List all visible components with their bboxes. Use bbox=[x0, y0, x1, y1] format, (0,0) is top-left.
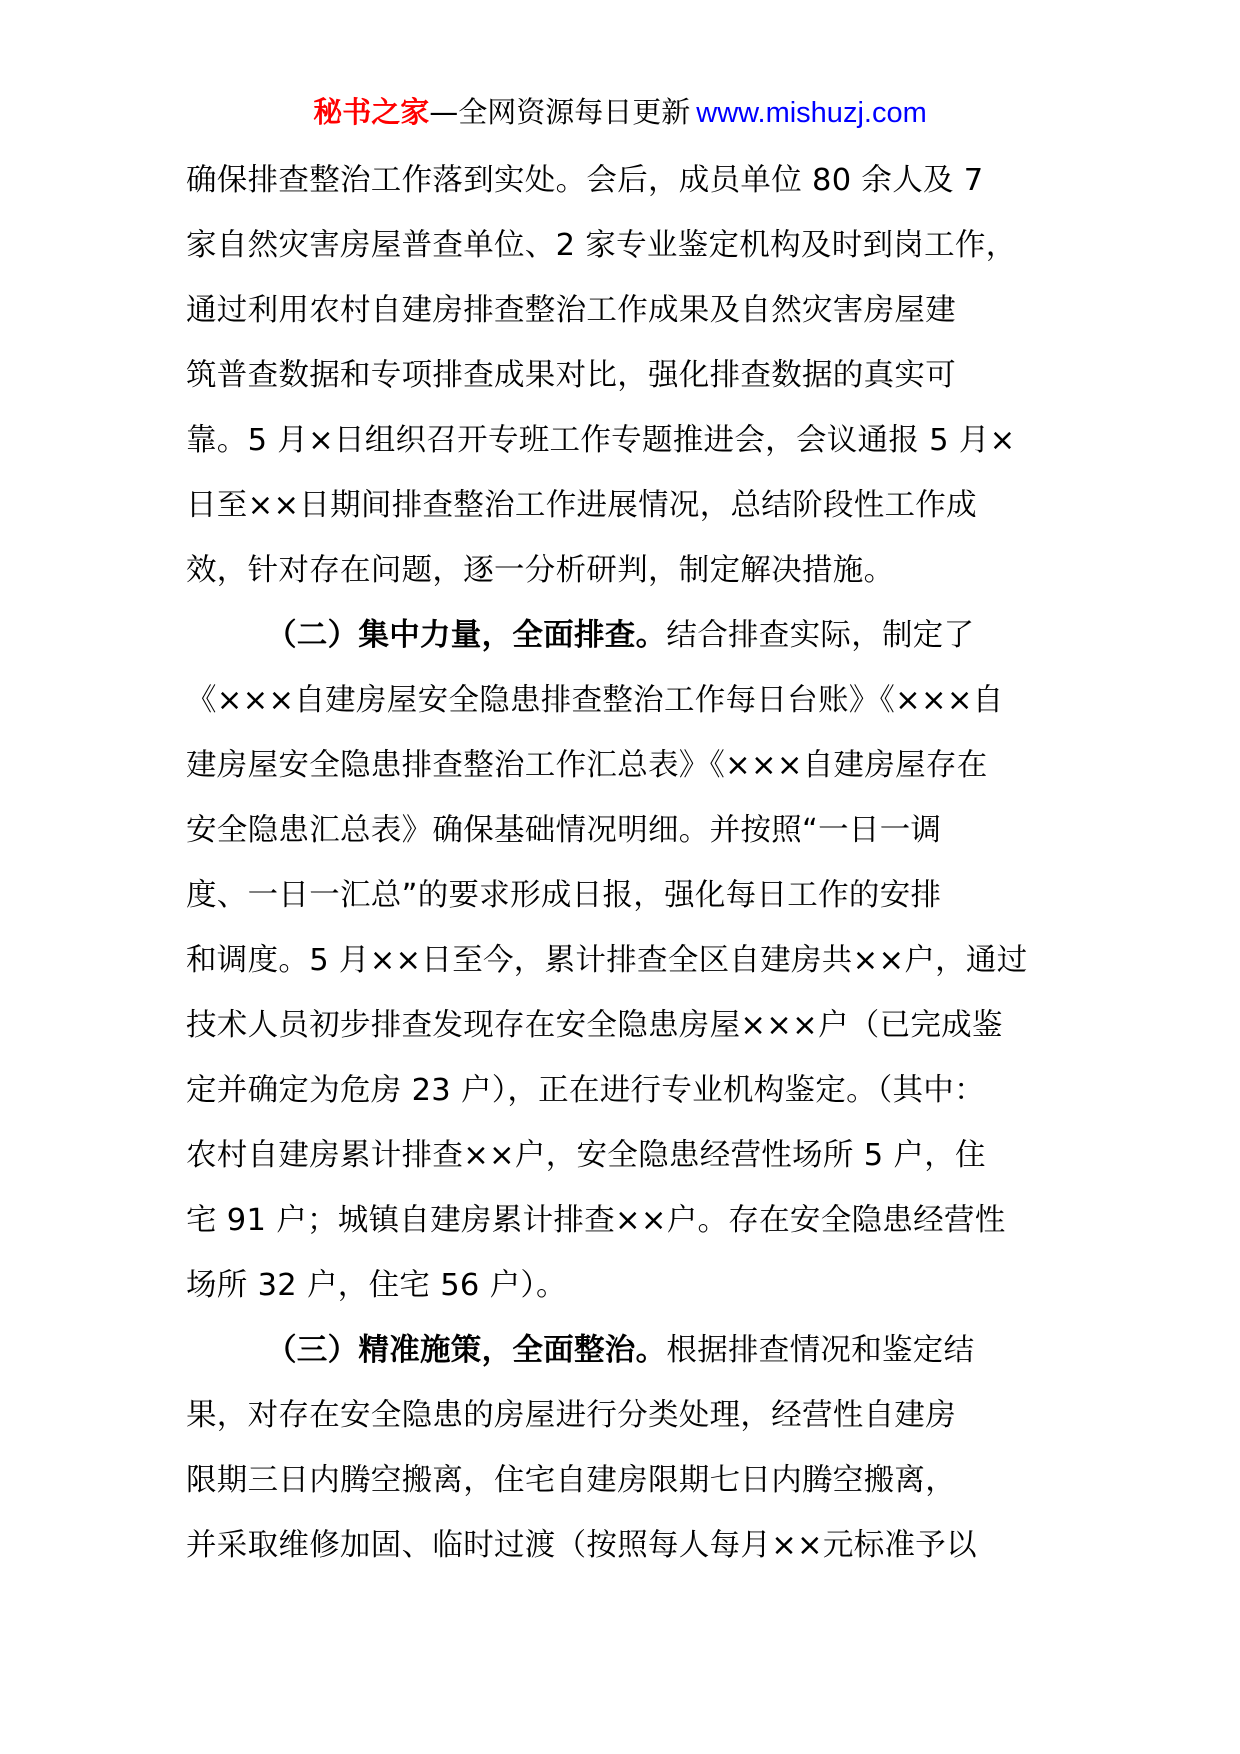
text-line: 靠。5 月×日组织召开专班工作专题推进会，会议通报 5 月× bbox=[186, 408, 1066, 473]
document-page: 秘书之家—全网资源每日更新www.mishuzj.com 确保排查整治工作落到实… bbox=[0, 0, 1240, 1754]
brand-name: 秘书之家 bbox=[313, 95, 429, 129]
text-line: 技术人员初步排查发现存在安全隐患房屋×××户（已完成鉴 bbox=[186, 993, 1066, 1058]
text-line: 效，针对存在问题，逐一分析研判，制定解决措施。 bbox=[186, 538, 1066, 603]
text-line: 宅 91 户；城镇自建房累计排查××户。存在安全隐患经营性 bbox=[186, 1188, 1066, 1253]
text-line: 通过利用农村自建房排查整治工作成果及自然灾害房屋建 bbox=[186, 278, 1066, 343]
text-line: 安全隐患汇总表》确保基础情况明细。并按照“一日一调 bbox=[186, 798, 1066, 863]
text-line: 《×××自建房屋安全隐患排查整治工作每日台账》《×××自 bbox=[186, 668, 1066, 733]
section-heading-line: （二）集中力量，全面排查。结合排查实际，制定了 bbox=[186, 603, 1066, 668]
section-heading: （二）集中力量，全面排查。 bbox=[266, 618, 666, 653]
text-line: 确保排查整治工作落到实处。会后，成员单位 80 余人及 7 bbox=[186, 148, 1066, 213]
text-line: 建房屋安全隐患排查整治工作汇总表》《×××自建房屋存在 bbox=[186, 733, 1066, 798]
text-line: 农村自建房累计排查××户，安全隐患经营性场所 5 户，住 bbox=[186, 1123, 1066, 1188]
site-banner: 秘书之家—全网资源每日更新www.mishuzj.com bbox=[0, 92, 1240, 133]
text-line: 并采取维修加固、临时过渡（按照每人每月××元标准予以 bbox=[186, 1513, 1066, 1578]
text-line: 和调度。5 月××日至今，累计排查全区自建房共××户，通过 bbox=[186, 928, 1066, 993]
text-line: 筑普查数据和专项排查成果对比，强化排查数据的真实可 bbox=[186, 343, 1066, 408]
text-line: 家自然灾害房屋普查单位、2 家专业鉴定机构及时到岗工作， bbox=[186, 213, 1066, 278]
section-text: 结合排查实际，制定了 bbox=[666, 618, 974, 653]
text-line: 果，对存在安全隐患的房屋进行分类处理，经营性自建房 bbox=[186, 1383, 1066, 1448]
section-heading-line: （三）精准施策，全面整治。根据排查情况和鉴定结 bbox=[186, 1318, 1066, 1383]
text-line: 定并确定为危房 23 户），正在进行专业机构鉴定。（其中： bbox=[186, 1058, 1066, 1123]
section-heading: （三）精准施策，全面整治。 bbox=[266, 1333, 666, 1368]
banner-tagline: —全网资源每日更新 bbox=[429, 95, 690, 129]
document-body: 确保排查整治工作落到实处。会后，成员单位 80 余人及 7 家自然灾害房屋普查单… bbox=[186, 148, 1066, 1578]
text-line: 场所 32 户，住宅 56 户）。 bbox=[186, 1253, 1066, 1318]
text-line: 日至××日期间排查整治工作进展情况，总结阶段性工作成 bbox=[186, 473, 1066, 538]
section-text: 根据排查情况和鉴定结 bbox=[666, 1333, 974, 1368]
text-line: 度、一日一汇总”的要求形成日报，强化每日工作的安排 bbox=[186, 863, 1066, 928]
text-line: 限期三日内腾空搬离，住宅自建房限期七日内腾空搬离， bbox=[186, 1448, 1066, 1513]
site-url-link[interactable]: www.mishuzj.com bbox=[696, 97, 926, 129]
